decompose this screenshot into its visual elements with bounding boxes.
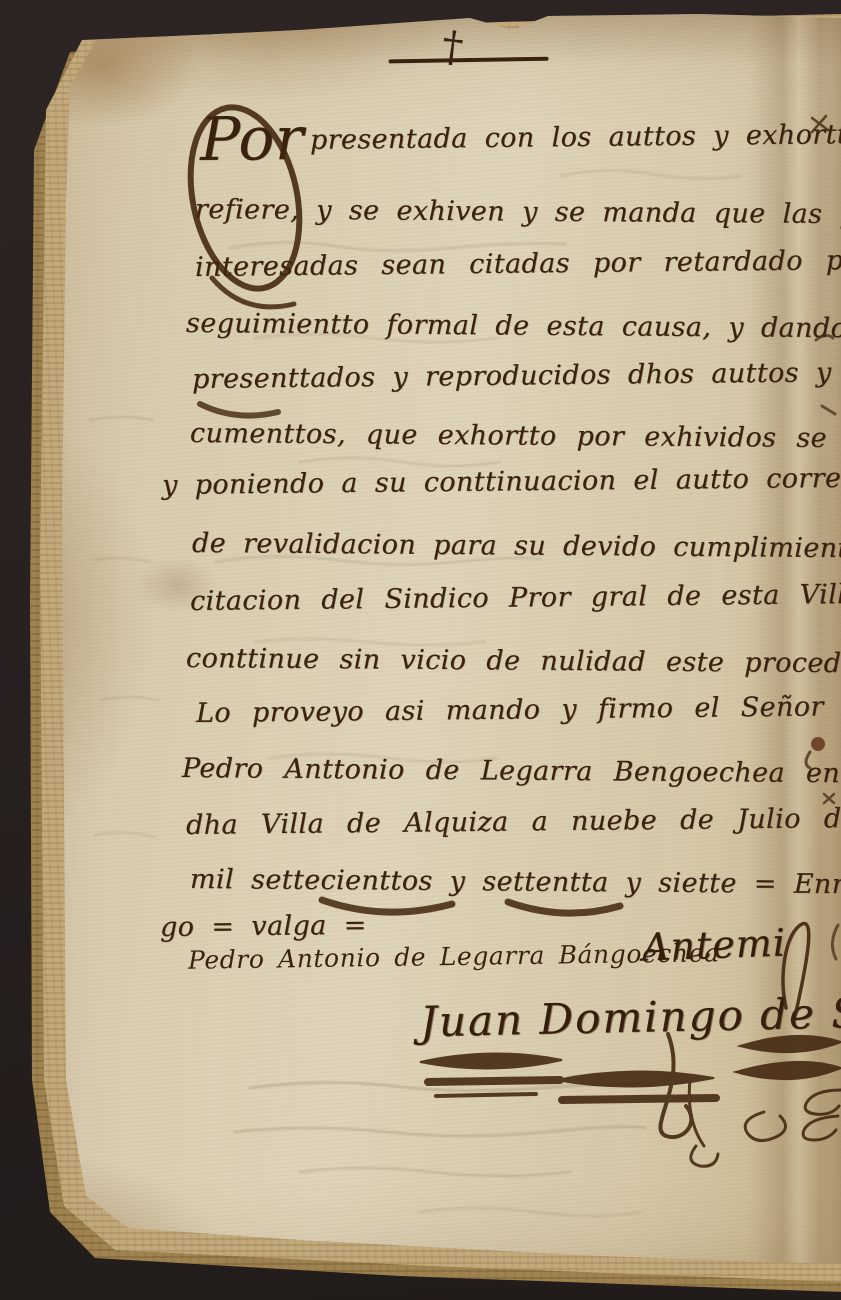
manuscript-line: y poniendo a su conttinuacion el autto c… [162,464,841,499]
manuscript-line: cumenttos, que exhortto por exhividos se… [190,420,841,453]
manuscript-line: dha Villa de Alquiza a nuebe de Julio de [186,805,841,839]
manuscript-line: seguimientto formal de esta causa, y dan… [186,310,841,343]
manuscript-page: † Porpresentada con los auttos y exhortt… [0,0,841,1300]
notary-signature: Juan Domingo de Sola [420,987,841,1047]
ink-blot [811,737,825,751]
manuscript-line: Pedro Anttonio de Legarra Bengoechea en … [182,755,841,788]
alcalde-signature: Pedro Antonio de Legarra Bángoechea [188,938,720,974]
manuscript-line: de revalidacion para su devido cumplimie… [192,530,841,563]
manuscript-line-text: presentada con los auttos y exhortto que [310,118,841,156]
manuscript-line: mil settecienttos y settentta y siette =… [190,866,841,899]
manuscript-line: refiere, y se exhiven y se manda que las… [195,196,841,229]
manuscript-line: presenttados y reproducidos dhos auttos … [192,358,841,393]
attestation-antemi: Antemi [641,921,786,970]
manuscript-line: conttinue sin vicio de nulidad este proc… [186,645,841,678]
manuscript-line: citacion del Sindico Pror gral de esta V… [190,580,841,615]
opening-word: Por [200,139,304,140]
invocation-cross: † [440,25,466,69]
signature-rubric-flourish [420,1034,841,1166]
manuscript-line: interesadas sean citadas por retardado p… [195,247,841,281]
manuscript-line: Porpresentada con los auttos y exhortto … [200,120,841,155]
manuscript-photo: † Porpresentada con los auttos y exhortt… [0,0,841,1300]
manuscript-line: go = valga = [160,912,367,941]
manuscript-line: Lo proveyo asi mando y firmo el Señor Al… [196,693,841,727]
